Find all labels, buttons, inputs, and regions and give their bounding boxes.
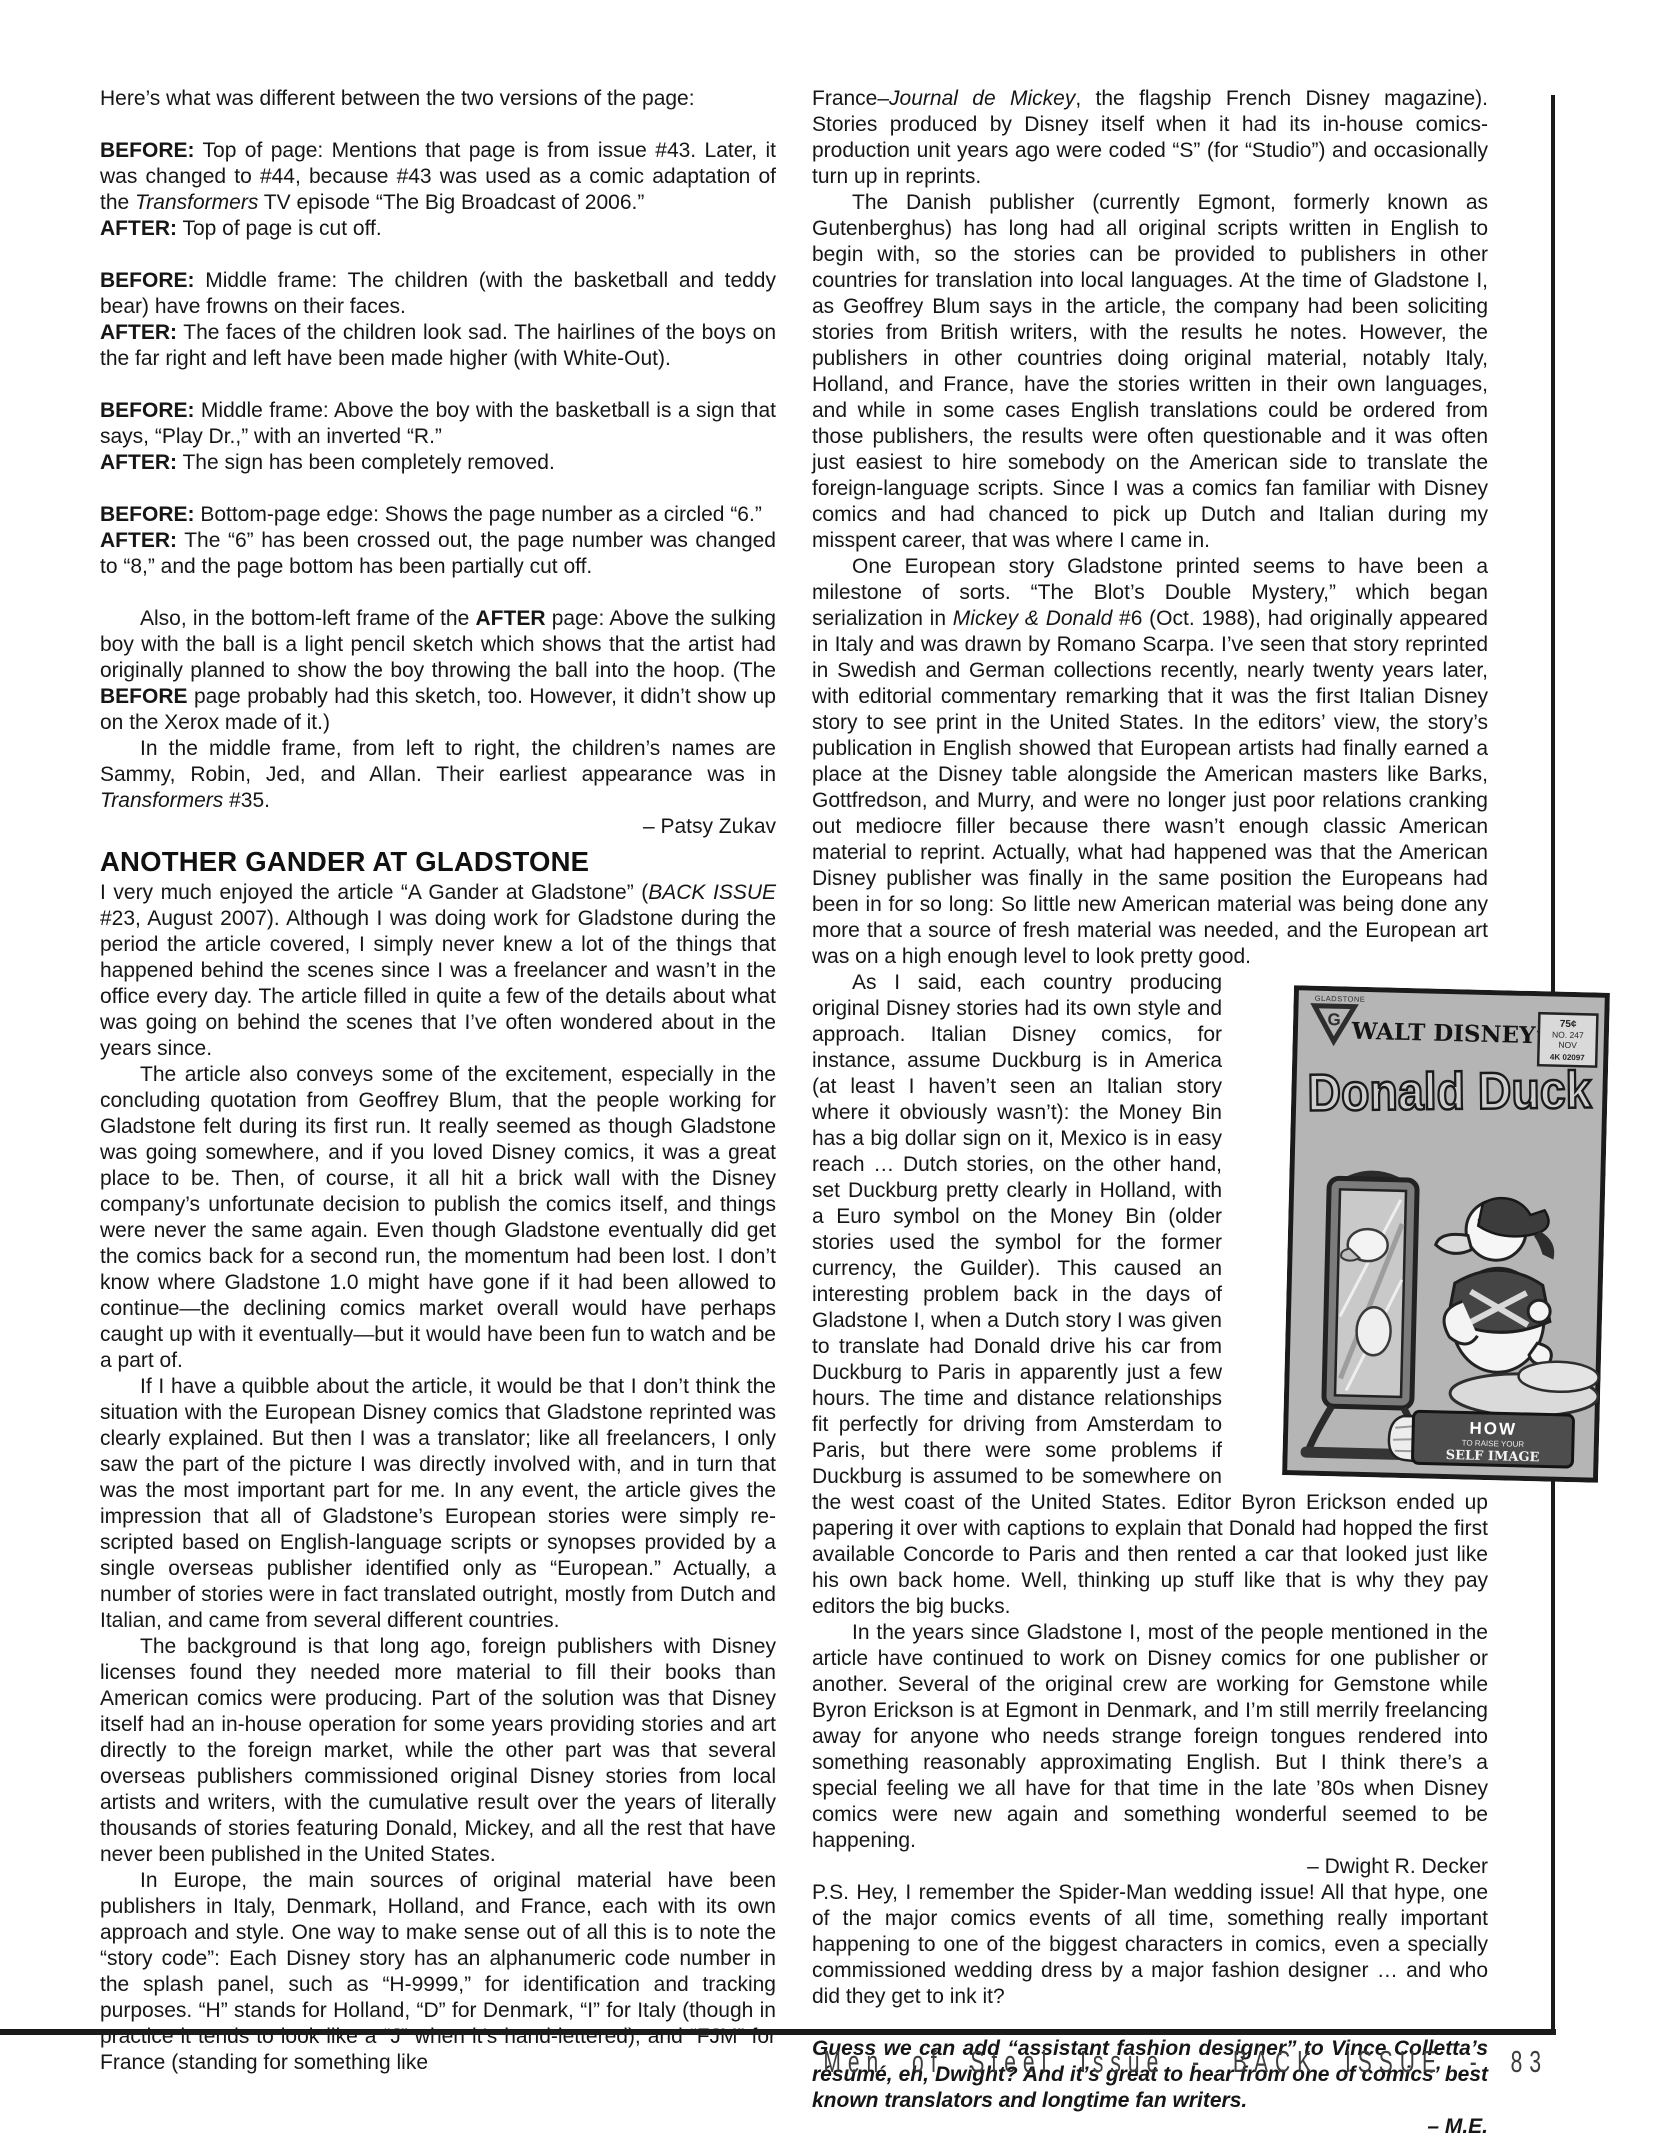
paragraph-before-3: BEFORE: Middle frame: Above the boy with… xyxy=(100,398,776,450)
right-column: France–Journal de Mickey, the flagship F… xyxy=(812,86,1488,2140)
spacer xyxy=(100,372,776,398)
paragraph-also: Also, in the bottom-left frame of the AF… xyxy=(100,606,776,736)
fist xyxy=(1528,1300,1551,1323)
comic-cover-float: GLADSTONE G WALT DISNEY’S 75¢ NO. 247 NO… xyxy=(1236,982,1488,1486)
paragraph: France–Journal de Mickey, the flagship F… xyxy=(812,86,1488,190)
paragraph: The Danish publisher (currently Egmont, … xyxy=(812,190,1488,554)
paragraph: In Europe, the main sources of original … xyxy=(100,1868,776,2076)
paragraph-after-3: AFTER: The sign has been completely remo… xyxy=(100,450,776,476)
paragraph: I very much enjoyed the article “A Gande… xyxy=(100,880,776,1062)
footer-rule xyxy=(0,2029,1556,2035)
pillow-small xyxy=(1518,1361,1599,1393)
letter-signature: – Dwight R. Decker xyxy=(812,1854,1488,1880)
walt-disneys-brand: WALT DISNEY’S xyxy=(1350,1018,1560,1050)
footer: Men of Steel Issue - BACK ISSUE - 83 xyxy=(0,2046,1548,2070)
spacer xyxy=(100,242,776,268)
paragraph: In the years since Gladstone I, most of … xyxy=(812,1620,1488,1854)
letter-heading: ANOTHER GANDER AT GLADSTONE xyxy=(100,846,776,878)
paragraph-with-cover: GLADSTONE G WALT DISNEY’S 75¢ NO. 247 NO… xyxy=(812,970,1488,1620)
editor-signature: – M.E. xyxy=(812,2114,1488,2140)
footer-page-label: Men of Steel Issue - BACK ISSUE - 83 xyxy=(823,2046,1548,2081)
paragraph-after-2: AFTER: The faces of the children look sa… xyxy=(100,320,776,372)
paragraph-after-1: AFTER: Top of page is cut off. xyxy=(100,216,776,242)
svg-text:SELF IMAGE: SELF IMAGE xyxy=(1446,1448,1540,1465)
magazine-page: Here’s what was different between the tw… xyxy=(0,0,1659,2154)
spacer xyxy=(100,580,776,606)
paragraph-ps: P.S. Hey, I remember the Spider-Man wedd… xyxy=(812,1880,1488,2010)
donald-duck-logo: Donald Duck xyxy=(1307,1062,1592,1123)
paragraph-after-4: AFTER: The “6” has been crossed out, the… xyxy=(100,528,776,580)
donald-duck-cover: GLADSTONE G WALT DISNEY’S 75¢ NO. 247 NO… xyxy=(1242,984,1570,1482)
svg-text:HOW: HOW xyxy=(1469,1419,1517,1439)
svg-text:TO RAISE YOUR: TO RAISE YOUR xyxy=(1462,1438,1525,1449)
svg-text:NO. 247: NO. 247 xyxy=(1552,1030,1584,1041)
paragraph-names: In the middle frame, from left to right,… xyxy=(100,736,776,814)
spacer xyxy=(100,476,776,502)
paragraph: The background is that long ago, foreign… xyxy=(100,1634,776,1868)
left-column: Here’s what was different between the tw… xyxy=(100,86,776,2140)
reflection-body xyxy=(1356,1307,1391,1356)
paragraph-before-4: BEFORE: Bottom-page edge: Shows the page… xyxy=(100,502,776,528)
svg-text:G: G xyxy=(1327,1010,1341,1029)
paragraph: The article also conveys some of the exc… xyxy=(100,1062,776,1374)
svg-text:75¢: 75¢ xyxy=(1560,1019,1577,1030)
paragraph-before-1: BEFORE: Top of page: Mentions that page … xyxy=(100,138,776,216)
paragraph: If I have a quibble about the article, i… xyxy=(100,1374,776,1634)
text-columns: Here’s what was different between the tw… xyxy=(100,86,1488,2140)
paragraph: One European story Gladstone printed see… xyxy=(812,554,1488,970)
svg-text:GLADSTONE: GLADSTONE xyxy=(1315,994,1366,1004)
svg-text:NOV: NOV xyxy=(1558,1040,1577,1050)
spacer xyxy=(100,112,776,138)
price-box: 75¢ NO. 247 NOV 4K 02097 xyxy=(1538,1013,1597,1066)
paragraph-before-2: BEFORE: Middle frame: The children (with… xyxy=(100,268,776,320)
letter-signature: – Patsy Zukav xyxy=(100,814,776,840)
paragraph-intro: Here’s what was different between the tw… xyxy=(100,86,776,112)
self-help-book: HOW TO RAISE YOUR SELF IMAGE xyxy=(1388,1411,1573,1467)
